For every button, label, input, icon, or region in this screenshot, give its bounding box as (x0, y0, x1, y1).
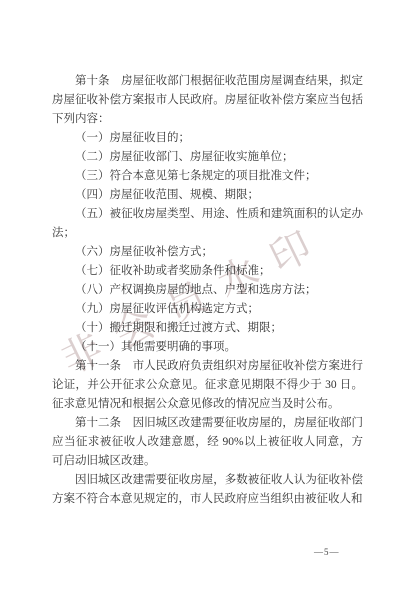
list-item-9: （九）房屋征收评估机构选定方式； (52, 300, 363, 319)
paragraph-article-12-continued: 因旧城区改建需要征收房屋，多数被征收人认为征收补偿方案不符合本意见规定的，市人民… (52, 471, 363, 509)
list-item-1: （一）房屋征收目的； (52, 129, 363, 148)
list-item-4: （四）房屋征收范围、规模、期限； (52, 186, 363, 205)
paragraph-article-10: 第十条 房屋征收部门根据征收范围房屋调查结果，拟定房屋征收补偿方案报市人民政府。… (52, 72, 363, 129)
paragraph-article-12: 第十二条 因旧城区改建需要征收房屋的，房屋征收部门应当征求被征收人改建意愿，经 … (52, 414, 363, 471)
paragraph-article-11: 第十一条 市人民政府负责组织对房屋征收补偿方案进行论证，并公开征求公众意见。征求… (52, 357, 363, 414)
list-item-2: （二）房屋征收部门、房屋征收实施单位； (52, 148, 363, 167)
list-item-3: （三）符合本意见第七条规定的项目批准文件； (52, 167, 363, 186)
page-number: —5— (314, 547, 340, 557)
list-item-8: （八）产权调换房屋的地点、户型和选房方法； (52, 281, 363, 300)
document-content: 第十条 房屋征收部门根据征收范围房屋调查结果，拟定房屋征收补偿方案报市人民政府。… (52, 72, 363, 509)
document-page: 非会员水印 第十条 房屋征收部门根据征收范围房屋调查结果，拟定房屋征收补偿方案报… (0, 0, 400, 600)
list-item-5: （五）被征收房屋类型、用途、性质和建筑面积的认定办法； (52, 205, 363, 243)
list-item-10: （十）搬迁期限和搬迁过渡方式、期限； (52, 319, 363, 338)
list-item-7: （七）征收补助或者奖励条件和标准； (52, 262, 363, 281)
list-item-6: （六）房屋征收补偿方式； (52, 243, 363, 262)
list-item-11: （十一）其他需要明确的事项。 (52, 338, 363, 357)
